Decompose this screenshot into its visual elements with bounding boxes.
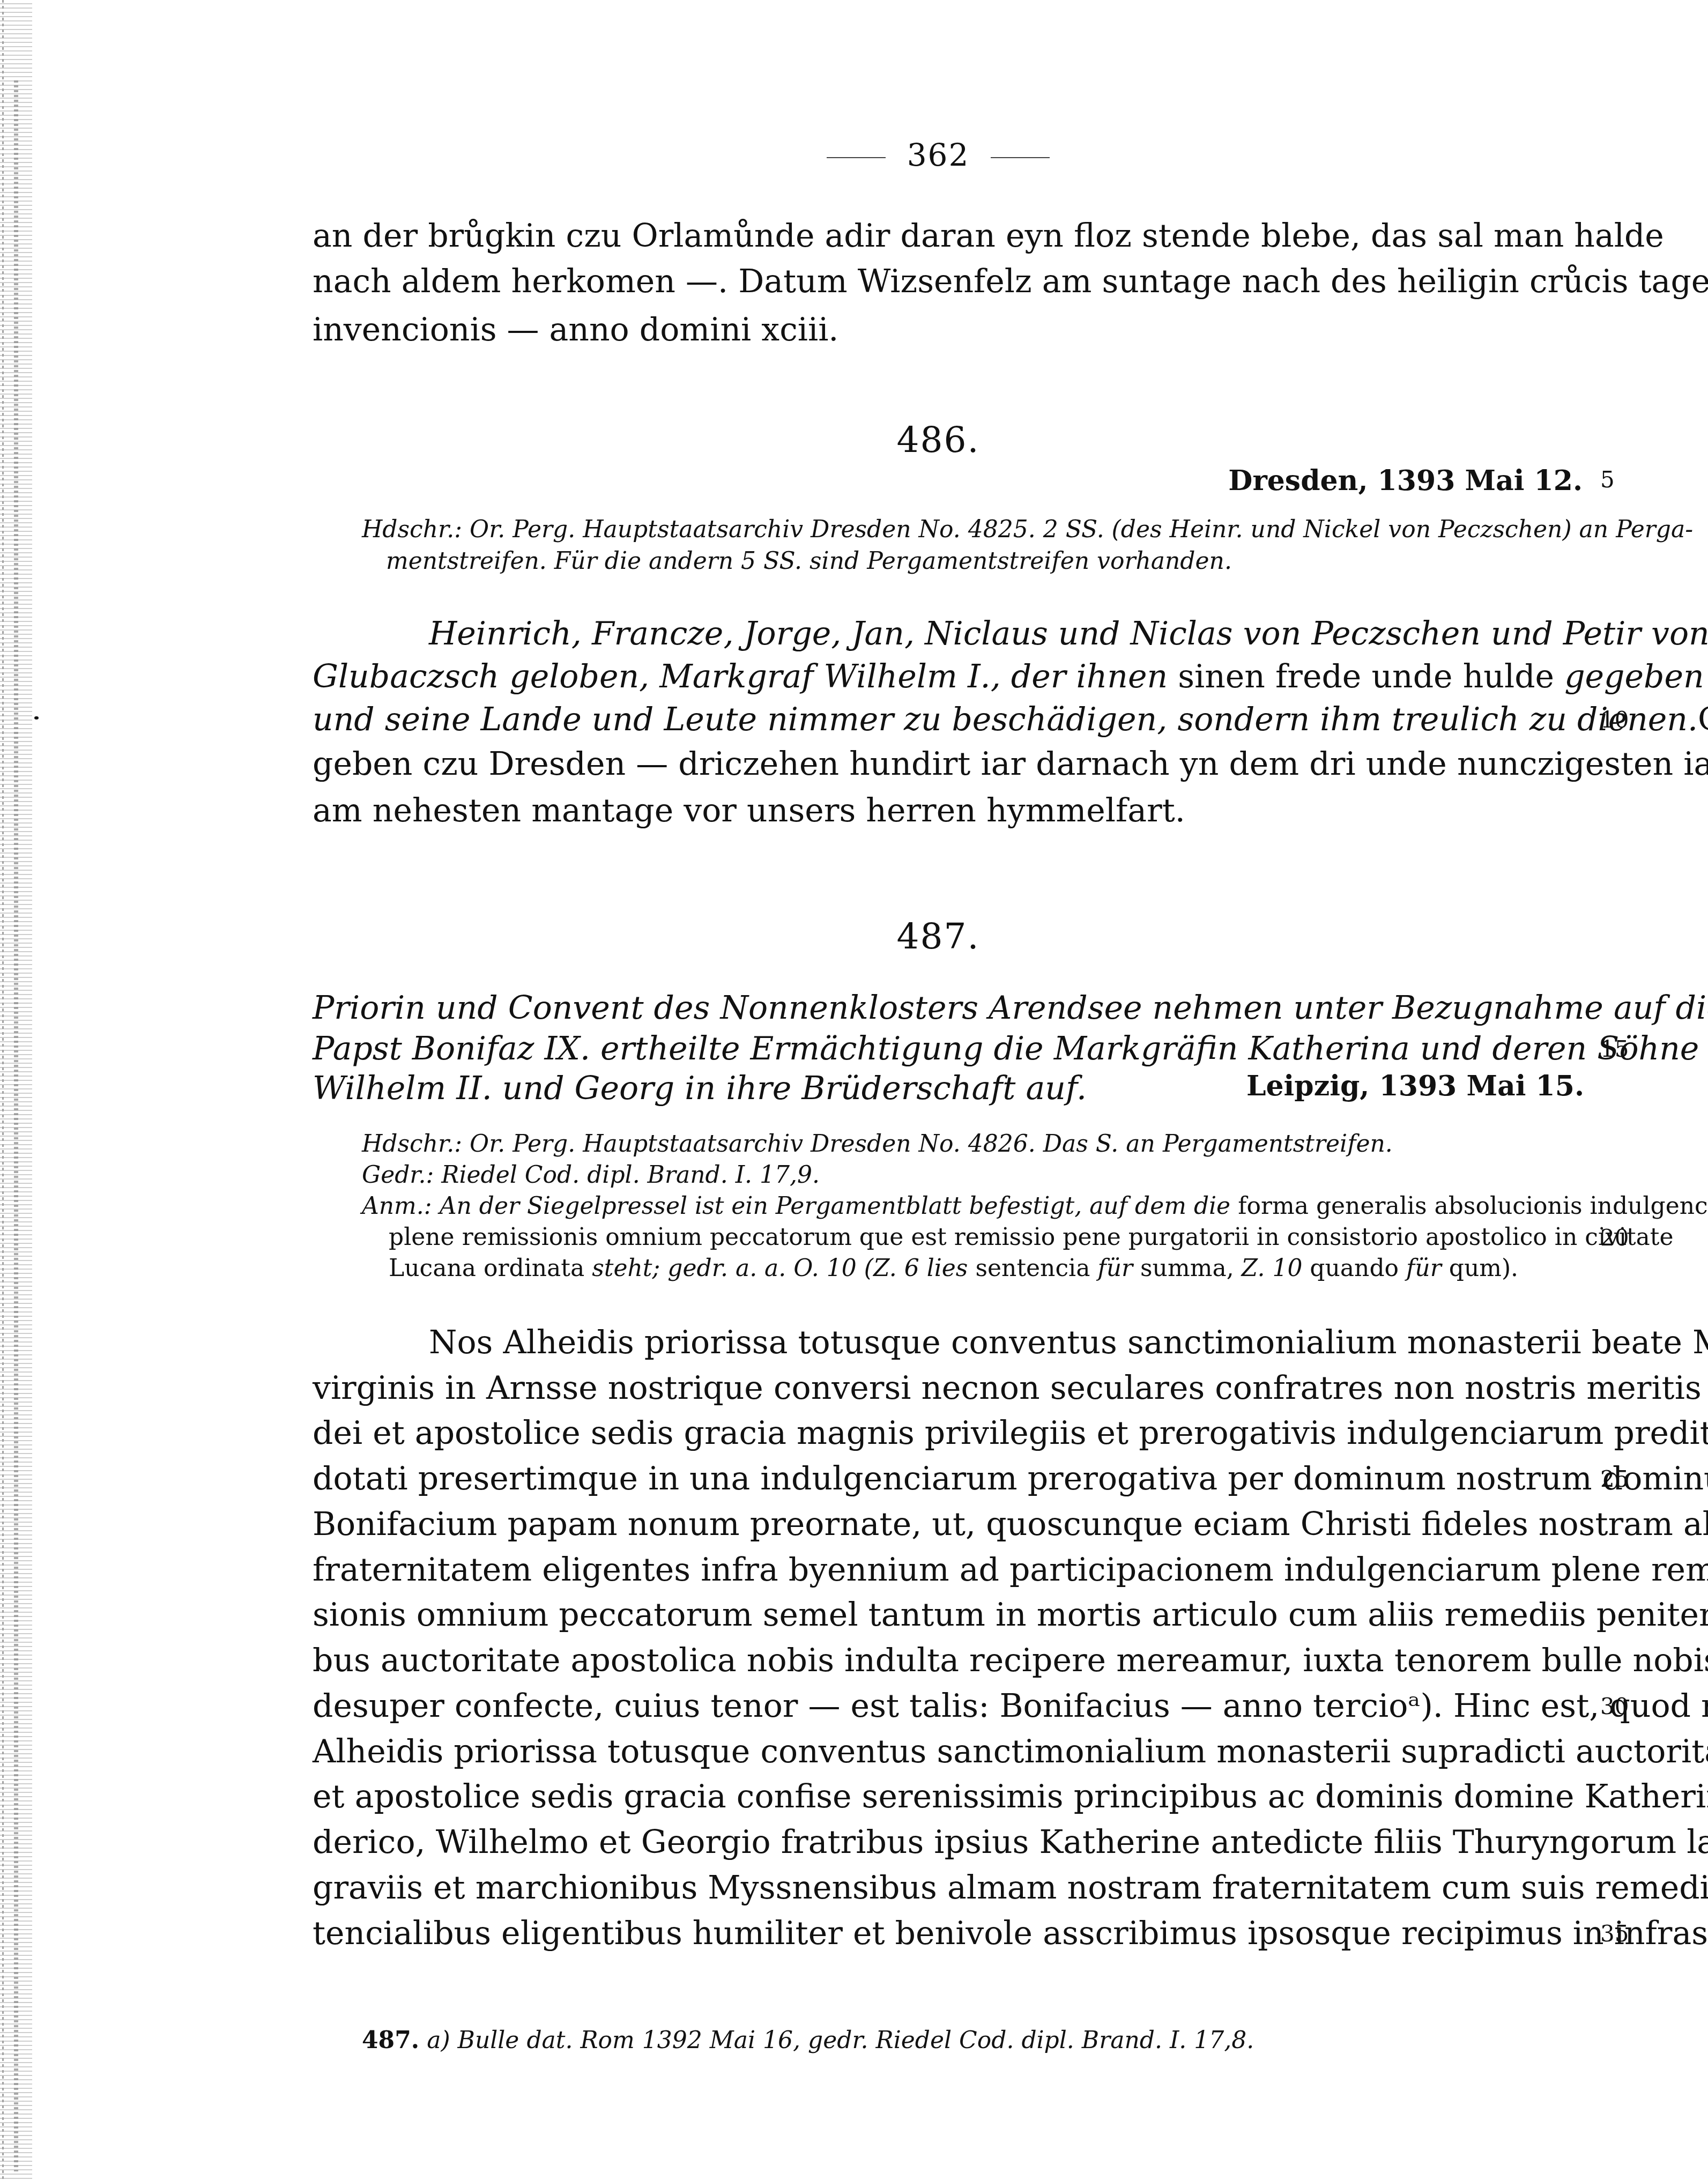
- document-486-text-line-5: am nehesten mantage vor unsers herren hy…: [313, 795, 1584, 827]
- continuation-line-1: an der brůgkin czu Orlamůnde adir daran …: [313, 220, 1584, 252]
- anm3-f: Z. 10: [1242, 1255, 1303, 1282]
- document-487-gedr: Gedr.: Riedel Cod. dipl. Brand. I. 17,9.: [362, 1163, 1584, 1187]
- body-line-1: Nos Alheidis priorissa totusque conventu…: [429, 1326, 1584, 1359]
- continuation-line-2: nach aldem herkomen —. Datum Wizsenfelz …: [313, 265, 1584, 298]
- body-line-12: derico, Wilhelmo et Georgio fratribus ip…: [313, 1826, 1584, 1858]
- margin-speck: [34, 716, 39, 720]
- footnote-487: 487. a) Bulle dat. Rom 1392 Mai 16, gedr…: [362, 2029, 1584, 2052]
- document-486-hdschr-line-2: mentstreifen. Für die andern 5 SS. sind …: [386, 550, 1584, 573]
- document-486-text-line-4: geben czu Dresden — driczehen hundirt ia…: [313, 748, 1584, 780]
- regest-roman-ge: Ge-: [1698, 703, 1708, 736]
- regest-italic-a: Glubaczsch geloben, Markgraf Wilhelm I.,…: [313, 658, 1168, 695]
- body-line-7: sionis omnium peccatorum semel tantum in…: [313, 1599, 1584, 1631]
- anm-italic: Anm.: An der Siegelpressel ist ein Perga…: [362, 1195, 1230, 1218]
- footnote-ref: 487.: [362, 2027, 419, 2054]
- page-number-rule-right: [991, 157, 1050, 158]
- document-487-regest-line-2: Papst Bonifaz IX. ertheilte Ermächtigung…: [313, 1033, 1584, 1065]
- body-line-5: Bonifacium papam nonum preornate, ut, qu…: [313, 1508, 1584, 1540]
- anm3-b: steht; gedr. a. a. O. 10 (Z. 6 lies: [592, 1255, 968, 1282]
- scan-binding-edge: [0, 0, 32, 2180]
- body-line-6: fraternitatem eligentes infra byennium a…: [313, 1554, 1584, 1586]
- body-line-14: tencialibus eligentibus humiliter et ben…: [313, 1917, 1584, 1949]
- document-486-regest-line-2: Glubaczsch geloben, Markgraf Wilhelm I.,…: [313, 661, 1584, 693]
- document-487-number: 487.: [777, 916, 1099, 957]
- body-line-3: dei et apostolice sedis gracia magnis pr…: [313, 1417, 1584, 1449]
- page-number-text: 362: [907, 137, 970, 173]
- continuation-line-3: invencionis — anno domini xciii.: [313, 314, 1584, 346]
- body-line-10: Alheidis priorissa totusque conventus sa…: [313, 1736, 1584, 1768]
- anm3-d: für: [1097, 1255, 1133, 1282]
- anm3-h: für: [1406, 1255, 1442, 1282]
- page-number-rule-left: [827, 157, 886, 158]
- regest-roman: sinen frede unde hulde: [1168, 658, 1564, 695]
- document-486-place-date: Dresden, 1393 Mai 12.: [1228, 464, 1583, 497]
- anm3-e: summa,: [1133, 1255, 1242, 1282]
- anm3-c: sentencia: [968, 1255, 1097, 1282]
- regest-last-line: Wilhelm II. und Georg in ihre Brüderscha…: [313, 1072, 1087, 1104]
- document-487-place-date: Leipzig, 1393 Mai 15.: [1246, 1072, 1584, 1104]
- regest-italic-b: gegeben hat,: [1564, 658, 1708, 695]
- document-486-regest-line-3: und seine Lande und Leute nimmer zu besc…: [313, 703, 1584, 736]
- body-line-9: desuper confecte, cuius tenor — est tali…: [313, 1690, 1584, 1722]
- line-marker-10: 10: [1600, 707, 1629, 733]
- anm3-g: quando: [1302, 1255, 1406, 1282]
- body-line-4: dotati presertimque in una indulgenciaru…: [313, 1463, 1584, 1495]
- body-line-11: et apostolice sedis gracia confise seren…: [313, 1781, 1584, 1813]
- line-marker-20: 20: [1600, 1225, 1629, 1251]
- body-line-8: bus auctoritate apostolica nobis indulta…: [313, 1644, 1584, 1677]
- regest-italic-sentence: und seine Lande und Leute nimmer zu besc…: [313, 703, 1698, 736]
- document-487-regest-line-3: Wilhelm II. und Georg in ihre Brüderscha…: [313, 1072, 1584, 1104]
- line-marker-35: 35: [1600, 1921, 1629, 1947]
- anm3-a: Lucana ordinata: [389, 1255, 592, 1282]
- document-486-number: 486.: [777, 419, 1099, 461]
- footnote-text: a) Bulle dat. Rom 1392 Mai 16, gedr. Rie…: [419, 2027, 1254, 2054]
- line-marker-25: 25: [1600, 1466, 1629, 1492]
- document-487-hdschr: Hdschr.: Or. Perg. Hauptstaatsarchiv Dre…: [362, 1132, 1584, 1156]
- document-486-regest-line-1: Heinrich, Francze, Jorge, Jan, Niclaus u…: [429, 618, 1584, 650]
- line-marker-5: 5: [1600, 466, 1615, 493]
- anm-roman: forma generalis absolucionis indulgencie: [1230, 1195, 1708, 1218]
- document-487-anm-line-1: Anm.: An der Siegelpressel ist ein Perga…: [362, 1195, 1584, 1218]
- line-marker-15: 15: [1600, 1036, 1629, 1062]
- anm3-i: qum).: [1442, 1255, 1518, 1282]
- page-number: 362: [777, 137, 1099, 173]
- document-487-regest-line-1: Priorin und Convent des Nonnenklosters A…: [313, 992, 1584, 1024]
- document-486-hdschr-line-1: Hdschr.: Or. Perg. Hauptstaatsarchiv Dre…: [362, 518, 1584, 542]
- line-marker-30: 30: [1600, 1693, 1629, 1719]
- body-line-13: graviis et marchionibus Myssnensibus alm…: [313, 1872, 1584, 1904]
- document-487-anm-line-3: Lucana ordinata steht; gedr. a. a. O. 10…: [389, 1257, 1584, 1280]
- body-line-2: virginis in Arnsse nostrique conversi ne…: [313, 1372, 1584, 1404]
- document-487-anm-line-2: plene remissionis omnium peccatorum que …: [389, 1226, 1584, 1249]
